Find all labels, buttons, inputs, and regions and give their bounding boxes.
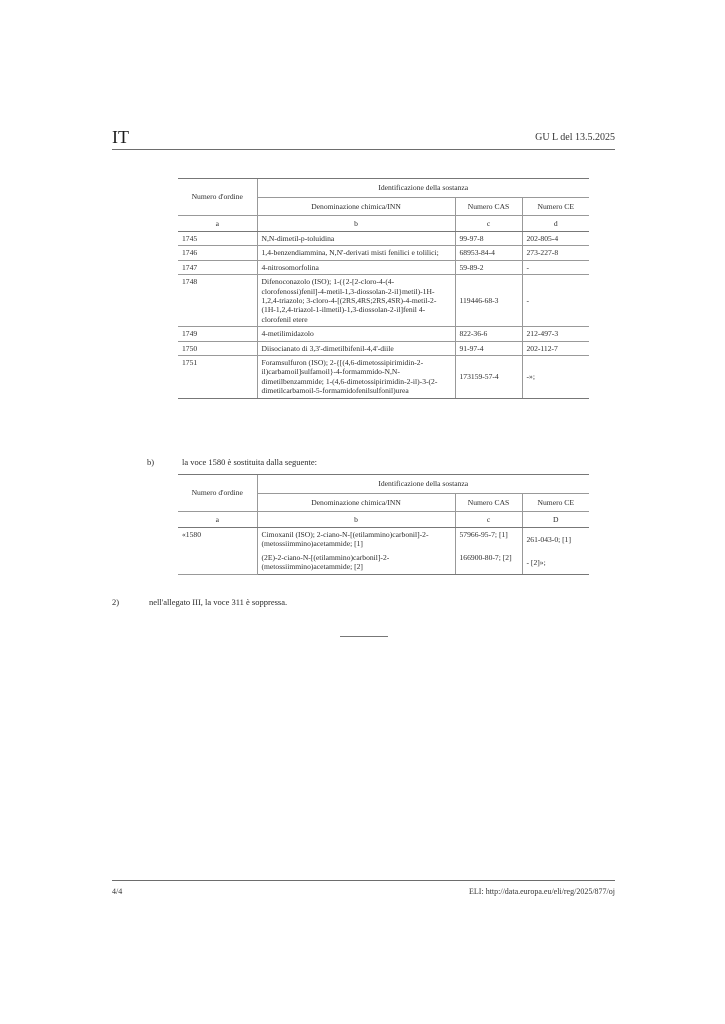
- end-of-text-rule: [340, 636, 388, 637]
- page-number: 4/4: [112, 887, 122, 896]
- replacement-table: Numero d'ordine Identificazione della so…: [178, 474, 589, 575]
- ec-number-cell: - [2]»;: [522, 551, 589, 574]
- substances-table-body: 1745N,N-dimetil-p-toluidina99-97-8202-80…: [178, 232, 589, 399]
- header-chemical-name: Denominazione chimica/INN: [257, 198, 455, 216]
- header-ec-number: Numero CE: [522, 198, 589, 216]
- page-footer: 4/4 ELI: http://data.europa.eu/eli/reg/2…: [112, 880, 615, 881]
- ec-number-cell: 202-805-4: [522, 232, 589, 246]
- header-chemical-name: Denominazione chimica/INN: [257, 494, 455, 512]
- table-row: 1751Foramsulfuron (ISO); 2-{[(4,6-dimeto…: [178, 356, 589, 399]
- cas-number-cell: 59-89-2: [455, 260, 522, 274]
- chemical-name-cell: 4-metilimidazolo: [257, 327, 455, 341]
- order-number-cell: 1748: [178, 275, 257, 327]
- header-cas-number: Numero CAS: [455, 198, 522, 216]
- ec-number-cell: 212-497-3: [522, 327, 589, 341]
- language-code: IT: [112, 127, 129, 147]
- order-number-cell: «1580: [178, 528, 257, 575]
- table-row: 17494-metilimidazolo822-36-6212-497-3: [178, 327, 589, 341]
- chemical-name-cell: (2E)-2-ciano-N-[(etilammino)carbonil]-2-…: [257, 551, 455, 574]
- journal-reference: GU L del 13.5.2025: [535, 132, 615, 143]
- eli-link[interactable]: ELI: http://data.europa.eu/eli/reg/2025/…: [469, 887, 615, 896]
- order-number-cell: 1746: [178, 246, 257, 260]
- column-letter: a: [178, 216, 257, 232]
- table-row: 17474-nitrosomorfolina59-89-2-: [178, 260, 589, 274]
- table-row: 1745N,N-dimetil-p-toluidina99-97-8202-80…: [178, 232, 589, 246]
- table-row: 17461,4-benzendiammina, N,N'-derivati mi…: [178, 246, 589, 260]
- chemical-name-cell: 4-nitrosomorfolina: [257, 260, 455, 274]
- table-row: «1580 Cimoxanil (ISO); 2-ciano-N-[(etila…: [178, 528, 589, 551]
- page-header: IT GU L del 13.5.2025: [112, 127, 615, 150]
- order-number-cell: 1749: [178, 327, 257, 341]
- order-number-cell: 1747: [178, 260, 257, 274]
- chemical-name-cell: Diisocianato di 3,3'-dimetilbifenil-4,4'…: [257, 341, 455, 355]
- chemical-name-cell: 1,4-benzendiammina, N,N'-derivati misti …: [257, 246, 455, 260]
- cas-number-cell: 57966-95-7; [1]: [455, 528, 522, 551]
- cas-number-cell: 99-97-8: [455, 232, 522, 246]
- column-letter: d: [522, 216, 589, 232]
- table-row: 1748Difenoconazolo (ISO); 1-({2-[2-cloro…: [178, 275, 589, 327]
- ec-number-cell: -: [522, 275, 589, 327]
- item-marker: b): [147, 457, 182, 467]
- header-cas-number: Numero CAS: [455, 494, 522, 512]
- column-letter: c: [455, 512, 522, 528]
- column-letter: b: [257, 512, 455, 528]
- header-substance-identification: Identificazione della sostanza: [257, 179, 589, 198]
- cas-number-cell: 68953-84-4: [455, 246, 522, 260]
- substances-table: Numero d'ordine Identificazione della so…: [178, 178, 589, 399]
- cas-number-cell: 822-36-6: [455, 327, 522, 341]
- order-number-cell: 1750: [178, 341, 257, 355]
- chemical-name-cell: N,N-dimetil-p-toluidina: [257, 232, 455, 246]
- column-letter: b: [257, 216, 455, 232]
- header-substance-identification: Identificazione della sostanza: [257, 475, 589, 494]
- item-marker: 2): [112, 597, 149, 607]
- amendment-item-b: b)la voce 1580 è sostituita dalla seguen…: [147, 457, 317, 467]
- amendment-item-2: 2)nell'allegato III, la voce 311 è soppr…: [112, 597, 287, 607]
- order-number-cell: 1745: [178, 232, 257, 246]
- chemical-name-cell: Foramsulfuron (ISO); 2-{[(4,6-dimetossip…: [257, 356, 455, 399]
- ec-number-cell: 273-227-8: [522, 246, 589, 260]
- header-order-number: Numero d'ordine: [178, 475, 257, 512]
- ec-number-cell: -»;: [522, 356, 589, 399]
- ec-number-cell: -: [522, 260, 589, 274]
- chemical-name-cell: Cimoxanil (ISO); 2-ciano-N-[(etilammino)…: [257, 528, 455, 551]
- column-letter: D: [522, 512, 589, 528]
- cas-number-cell: 166900-80-7; [2]: [455, 551, 522, 574]
- header-ec-number: Numero CE: [522, 494, 589, 512]
- table-row: 1750Diisocianato di 3,3'-dimetilbifenil-…: [178, 341, 589, 355]
- item-text: nell'allegato III, la voce 311 è soppres…: [149, 597, 287, 607]
- column-letter: a: [178, 512, 257, 528]
- column-letter: c: [455, 216, 522, 232]
- cas-number-cell: 91-97-4: [455, 341, 522, 355]
- cas-number-cell: 173159-57-4: [455, 356, 522, 399]
- ec-number-cell: 202-112-7: [522, 341, 589, 355]
- item-text: la voce 1580 è sostituita dalla seguente…: [182, 457, 317, 467]
- chemical-name-cell: Difenoconazolo (ISO); 1-({2-[2-cloro-4-(…: [257, 275, 455, 327]
- order-number-cell: 1751: [178, 356, 257, 399]
- cas-number-cell: 119446-68-3: [455, 275, 522, 327]
- header-order-number: Numero d'ordine: [178, 179, 257, 216]
- ec-number-cell: 261-043-0; [1]: [522, 528, 589, 551]
